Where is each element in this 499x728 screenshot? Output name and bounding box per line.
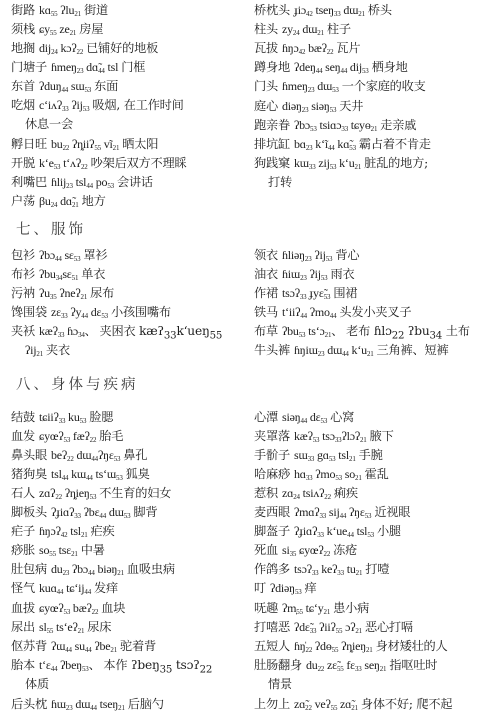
gloss-meaning: 打转 [268, 175, 292, 189]
ipa-transcription: ʔdɛ̃33 ʔiiʔ55 ɔʔ21 [294, 620, 362, 634]
section-heading-body-disease: 八、身体与疾病 [16, 373, 139, 394]
entry-line: 打嘻恶ʔdɛ̃33 ʔiiʔ55 ɔʔ21恶心打嗝 [254, 619, 413, 639]
entry-line: 柱头zy24 dɯ21柱子 [254, 21, 351, 41]
ipa-transcription: bu22 ʔȵiiʔ55 vĩ21 [51, 137, 119, 151]
ipa-transcription: zɛ33 ʔy44 dɛ53 [51, 305, 108, 319]
gloss-meaning: 血吸虫病 [127, 562, 175, 576]
entry-line: 麦西眼ʔmɑʔ33 sij44 ʔŋɛ53近视眼 [254, 504, 410, 524]
dialect-word: 后头枕 [11, 697, 47, 711]
entry-line: 门头ɦmeŋ23 dɯ53一个家庭的收支 [254, 78, 426, 98]
dialect-word: 户荡 [11, 194, 35, 208]
dialect-word: 上勿上 [254, 697, 290, 711]
entry-line: 油衣ɦiɯ23 ʔij53雨衣 [254, 266, 354, 286]
entry-line: 五短人ɦŋ̍22 ʔdɵ55 ʔȵieŋ21身材矮壮的人 [254, 638, 448, 658]
dialect-word: 怪气 [11, 581, 35, 595]
ipa-transcription: dij24 kɔʔ22 [39, 41, 83, 55]
gloss-meaning: 东面 [94, 79, 118, 93]
dialect-word: 包衫 [11, 248, 35, 262]
dialect-word: 痧胀 [11, 543, 35, 557]
entry-line: 疟子ɦŋɔʔ42 tsl21疟疾 [11, 523, 115, 543]
entry-line: 肚肠翻身du22 zɛ̃55 fɛ33 seŋ21指呕吐时 [254, 657, 437, 677]
entry-line: 怪气kuɑ44 tɕʻij44发痒 [11, 580, 118, 600]
ipa-transcription: tɕiiʔ33 ku53 [39, 410, 86, 424]
gloss-meaning: 痒 [305, 581, 317, 595]
ipa-transcription: ʔdiəŋ53 [270, 581, 302, 595]
dialect-word: 作鸽多 [254, 562, 290, 576]
entry-line: 痧胀so55 tsɛ21中暑 [11, 542, 105, 562]
section-heading-clothing: 七、服饰 [16, 218, 86, 239]
ipa-transcription: kʻe53 tʻʌʔ22 [39, 156, 88, 170]
dialect-word: 门塘子 [11, 60, 47, 74]
gloss-meaning: 街道 [84, 3, 108, 17]
dialect-word: 铁马 [254, 305, 278, 319]
dialect-word: 瓦拔 [254, 41, 278, 55]
dialect-word: 须栈 [11, 22, 35, 36]
ipa-transcription: zɑʔ22 ʔȵieŋ53 [39, 486, 96, 500]
gloss-meaning: 不生育的妇女 [99, 486, 171, 500]
dialect-word: 布衫 [11, 267, 35, 281]
ipa-transcription: zɑ̃22 veʔ55 zɑ̃21 [294, 697, 358, 711]
entry-line: 东首ʔduŋ44 sɯ53东面 [11, 78, 118, 98]
gloss-meaning: 小腿 [377, 524, 401, 538]
gloss-meaning: 吵架后双方不理睬 [91, 156, 187, 170]
entry-line: 血发ɕyœʔ53 fæʔ22胎毛 [11, 428, 123, 448]
gloss-meaning: 地方 [82, 194, 106, 208]
dialect-word: 门头 [254, 79, 278, 93]
entry-line: 蹲身地ʔdeŋ44 seŋ44 dij53栖身地 [254, 59, 408, 79]
ipa-transcription: kæʔ53 tsɔ33ʔlɔʔ21 [294, 429, 367, 443]
gloss-meaning: 手腕 [359, 448, 383, 462]
ipa-transcription: ʔm̩55 tɕʻy21 [282, 601, 330, 615]
dialect-word: 蹲身地 [254, 60, 290, 74]
entry-line: 心潭siəŋ44 dɛ53心窝 [254, 409, 354, 429]
dialect-word: 布草 [254, 324, 278, 338]
dialect-word: 肚肠翻身 [254, 658, 302, 672]
entry-line: 庭心diəŋ23 siəŋ53天井 [254, 98, 363, 118]
entry-line: 作鸽多tsɔʔ33 keʔ33 tu21打噎 [254, 561, 389, 581]
ipa-transcription: ɦiɯ23 ʔij53 [282, 267, 328, 281]
dialect-word: 脚板头 [11, 505, 47, 519]
dialect-word: 作裙 [254, 286, 278, 300]
dialect-word: 油衣 [254, 267, 278, 281]
entry-line: 脚盔子ʔɟiɑʔ33 kʻue44 tsl53小腿 [254, 523, 401, 543]
gloss-meaning: 驼着背 [120, 639, 156, 653]
ipa-transcription: ɦŋ̍22 ʔdɵ55 ʔȵieŋ21 [294, 639, 373, 653]
entry-line: 后头枕ɦɯ23 dɯ44 tseŋ21后脑勺 [11, 696, 164, 716]
entry-line: 桥枕头ɟiɔ42 tseŋ33 dɯ21桥头 [254, 2, 392, 22]
ipa-transcription: ɕyœʔ53 bæʔ22 [39, 601, 98, 615]
gloss-meaning: 发痒 [94, 581, 118, 595]
entry-line: 手骱子sɯ33 gɑ53 tsl21手腕 [254, 447, 383, 467]
dialect-word: 麦西眼 [254, 505, 290, 519]
entry-line: 鼻头眼beʔ22 dɯ44ʔŋɛ53鼻孔 [11, 447, 147, 467]
entry-line: 石人zɑʔ22 ʔȵieŋ53不生育的妇女 [11, 485, 171, 505]
gloss-meaning: 围裙 [333, 286, 357, 300]
dialect-word: 跑亲眷 [254, 118, 290, 132]
entry-line: 牛头裤ɦŋiɯ23 dɯ44 kʻu21三角裤、短裤 [254, 342, 448, 362]
ipa-transcription: sl55 tsʻeʔ21 [39, 620, 84, 634]
gloss-meaning: 晒太阳 [122, 137, 158, 151]
gloss-meaning: 天井 [339, 99, 363, 113]
dialect-word: 猪狗臭 [11, 467, 47, 481]
dialect-word: 吃烟 [11, 98, 35, 112]
dialect-word: 街路 [11, 3, 35, 17]
entry-line: 情景 [254, 676, 292, 692]
gloss-meaning: 栖身地 [372, 60, 408, 74]
entry-line: 瓦拔ɦŋɔ42 bæʔ22瓦片 [254, 40, 360, 60]
ipa-transcription: siəŋ44 dɛ53 [282, 410, 327, 424]
ipa-transcription: ʔbɔ53 tsiɑɔ33 tɕyɵ21 [294, 118, 377, 132]
entry-line: 门塘子ɦmeŋ23 dɑ̃44 tsl门框 [11, 59, 145, 79]
entry-line: 领衣ɦliəŋ23 ʔij53背心 [254, 247, 359, 267]
dialect-word: 惹积 [254, 486, 278, 500]
dialect-word: 叮 [254, 581, 266, 595]
entry-line: 地搁dij24 kɔʔ22已铺好的地板 [11, 40, 158, 60]
entry-line: 须栈ɕy55 ze21房屋 [11, 21, 103, 41]
dialect-word: 心潭 [254, 410, 278, 424]
dialect-word: 呒趣 [254, 601, 278, 615]
dialect-word: 污衲 [11, 286, 35, 300]
ipa-transcription: ɦŋiɯ23 dɯ44 kʻu21 [294, 343, 374, 357]
gloss-meaning: 房屋 [79, 22, 103, 36]
dialect-word: 狗践窠 [254, 156, 290, 170]
entry-line: 排坑缸bɑ23 kʻĩ44 kɑ̃53霸占着不肯走 [254, 136, 431, 156]
dialect-word: 夹袄 [11, 324, 35, 338]
ipa-transcription: tʻɛ44 ʔbeŋ53、 [39, 658, 100, 672]
gloss-meaning: 一个家庭的收支 [342, 79, 426, 93]
entry-line: 布衫ʔbu34sɛ51单衣 [11, 266, 105, 286]
ipa-transcription: ɦŋɔʔ42 tsl21 [39, 524, 88, 538]
gloss-meaning: 三角裤、短裤 [377, 343, 449, 357]
entry-line: 吃烟cʻiʌʔ33 ʔij53吸烟, 在工作时间 [11, 97, 184, 117]
entry-line: 开脱kʻe53 tʻʌʔ22吵架后双方不理睬 [11, 155, 187, 175]
ipa-transcription: cʻiʌʔ33 ʔij53 [39, 98, 89, 112]
entry-line: 跑亲眷ʔbɔ53 tsiɑɔ33 tɕyɵ21走亲戚 [254, 117, 416, 137]
gloss-meaning: 本作 ʔbeŋ35 tsɔʔ22 [103, 658, 212, 672]
ipa-transcription: si35 ɕyœʔ22 [282, 543, 330, 557]
gloss-meaning: 背心 [335, 248, 359, 262]
entry-line: 哈麻痧hɑ33 ʔmo53 so21霍乱 [254, 466, 389, 486]
gloss-meaning: 夹衣 [46, 343, 70, 357]
entry-line: 夹罩落kæʔ53 tsɔ33ʔlɔʔ21腋下 [254, 428, 394, 448]
gloss-meaning: 脚背 [133, 505, 157, 519]
entry-line: ʔij21夹衣 [11, 342, 70, 362]
dialect-word: 排坑缸 [254, 137, 290, 151]
gloss-meaning: 脏乱的地方; [364, 156, 428, 170]
ipa-transcription: kɯ33 zij53 kʻu21 [294, 156, 361, 170]
dialect-word: 脚盔子 [254, 524, 290, 538]
gloss-meaning: 胎毛 [99, 429, 123, 443]
ipa-transcription: ɦmeŋ23 dɑ̃44 tsl [51, 60, 118, 74]
entry-line: 呒趣ʔm̩55 tɕʻy21患小病 [254, 600, 369, 620]
dialect-word: 石人 [11, 486, 35, 500]
dialect-word: 地搁 [11, 41, 35, 55]
dialect-word: 夹罩落 [254, 429, 290, 443]
gloss-meaning: 瓦片 [336, 41, 360, 55]
gloss-meaning: 桥头 [368, 3, 392, 17]
ipa-transcription: ɦliəŋ23 ʔij53 [282, 248, 332, 262]
ipa-transcription: βu24 dɑ̃21 [39, 194, 79, 208]
ipa-transcription: sɯ33 gɑ53 tsl21 [294, 448, 356, 462]
ipa-transcription: ʔɯ44 su44 ʔbe21 [51, 639, 117, 653]
ipa-transcription: ʔbɔ44 sɛ53 [39, 248, 80, 262]
entry-line: 包衫ʔbɔ44 sɛ53罩衫 [11, 247, 107, 267]
gloss-meaning: 霍乱 [365, 467, 389, 481]
ipa-transcription: kæʔ33 ɦɔ34、 [39, 324, 97, 338]
gloss-meaning: 打噎 [365, 562, 389, 576]
gloss-meaning: 狐臭 [126, 467, 150, 481]
gloss-meaning: 头发小夹叉子 [339, 305, 411, 319]
gloss-meaning: 走亲戚 [380, 118, 416, 132]
dialect-word: 血发 [11, 429, 35, 443]
gloss-meaning: 后脑勺 [128, 697, 164, 711]
entry-line: 污衲ʔu35 ʔneʔ21尿布 [11, 285, 114, 305]
gloss-meaning: 痢疾 [334, 486, 358, 500]
gloss-meaning: 体质 [25, 677, 49, 691]
dialect-word: 死血 [254, 543, 278, 557]
gloss-meaning: 夹困衣 kæʔ33kʻueŋ55 [99, 324, 222, 338]
dialect-word: 鼻头眼 [11, 448, 47, 462]
gloss-meaning: 身材矮壮的人 [376, 639, 448, 653]
entry-line: 尿出sl55 tsʻeʔ21尿床 [11, 619, 111, 639]
entry-line: 肚包病du23 ʔbɔ44 biəŋ21血吸虫病 [11, 561, 175, 581]
gloss-meaning: 尿布 [90, 286, 114, 300]
entry-line: 街路kɑ55 ʔlu21街道 [11, 2, 108, 22]
gloss-meaning: 冻疮 [333, 543, 357, 557]
entry-line: 利嘴巴ɦlij23 tsl44 po53会讲话 [11, 174, 153, 194]
gloss-meaning: 雨衣 [330, 267, 354, 281]
ipa-transcription: du23 ʔbɔ44 biəŋ21 [51, 562, 124, 576]
dialect-word: 血拔 [11, 601, 35, 615]
dialect-word: 孵日旺 [11, 137, 47, 151]
ipa-transcription: ʔmɑʔ33 sij44 ʔŋɛ53 [294, 505, 371, 519]
gloss-meaning: 尿床 [87, 620, 111, 634]
ipa-transcription: ʔɟiɑʔ33 ʔbɛ44 dɯ53 [51, 505, 130, 519]
gloss-meaning: 罩衫 [83, 248, 107, 262]
ipa-transcription: tsɔʔ33 keʔ33 tu21 [294, 562, 362, 576]
entry-line: 血拔ɕyœʔ53 bæʔ22血块 [11, 600, 125, 620]
dialect-word: 打嘻恶 [254, 620, 290, 634]
entry-line: 馋围袋zɛ33 ʔy44 dɛ53小孩围嘴布 [11, 304, 171, 324]
ipa-transcription: so55 tsɛ21 [39, 543, 78, 557]
gloss-meaning: 门框 [121, 60, 145, 74]
dialect-word: 馋围袋 [11, 305, 47, 319]
ipa-transcription: kɑ55 ʔlu21 [39, 3, 81, 17]
ipa-transcription: ʔdeŋ44 seŋ44 dij53 [294, 60, 369, 74]
dialect-word: 胎本 [11, 658, 35, 672]
dialect-word: 肚包病 [11, 562, 47, 576]
dialect-word: 尿出 [11, 620, 35, 634]
dialect-word: 伛苏背 [11, 639, 47, 653]
gloss-meaning: 休息一会 [25, 117, 73, 131]
ipa-transcription: tsl44 kɯ44 tsʻɯ53 [51, 467, 123, 481]
dialect-word: 哈麻痧 [254, 467, 290, 481]
gloss-meaning: 恶心打嗝 [365, 620, 413, 634]
ipa-transcription: ʔbu53 tsʻɔ21、 [282, 324, 343, 338]
ipa-transcription: bɑ23 kʻĩ44 kɑ̃53 [294, 137, 356, 151]
dialect-word: 领衣 [254, 248, 278, 262]
gloss-meaning: 霸占着不肯走 [359, 137, 431, 151]
dialect-word: 疟子 [11, 524, 35, 538]
dialect-word: 牛头裤 [254, 343, 290, 357]
ipa-transcription: ʔbu34sɛ51 [39, 267, 78, 281]
ipa-transcription: ɦlij23 tsl44 po53 [51, 175, 114, 189]
dialect-word: 结鼓 [11, 410, 35, 424]
gloss-meaning: 小孩围嘴布 [111, 305, 171, 319]
ipa-transcription: du22 zɛ̃55 fɛ33 seŋ21 [306, 658, 386, 672]
gloss-meaning: 已铺好的地板 [86, 41, 158, 55]
gloss-meaning: 会讲话 [117, 175, 153, 189]
entry-line: 铁马tʻiiʔ44 ʔmo44头发小夹叉子 [254, 304, 411, 324]
dialect-word: 利嘴巴 [11, 175, 47, 189]
entry-line: 惹积zɑ24 tsiʌʔ22痢疾 [254, 485, 358, 505]
dialect-word: 开脱 [11, 156, 35, 170]
gloss-meaning: 疟疾 [91, 524, 115, 538]
ipa-transcription: ɟiɔ42 tseŋ33 dɯ21 [294, 3, 365, 17]
entry-line: 结鼓tɕiiʔ33 ku53脸腮 [11, 409, 113, 429]
gloss-meaning: 柱子 [327, 22, 351, 36]
gloss-meaning: 患小病 [333, 601, 369, 615]
gloss-meaning: 近视眼 [374, 505, 410, 519]
ipa-transcription: diəŋ23 siəŋ53 [282, 99, 336, 113]
gloss-meaning: 老布 ɦlɔ22 ʔbu34 土布 [346, 324, 470, 338]
ipa-transcription: hɑ33 ʔmo53 so21 [294, 467, 362, 481]
ipa-transcription: tʻiiʔ44 ʔmo44 [282, 305, 336, 319]
gloss-meaning: 心窝 [330, 410, 354, 424]
entry-line: 伛苏背ʔɯ44 su44 ʔbe21驼着背 [11, 638, 156, 658]
ipa-transcription: ɦŋɔ42 bæʔ22 [282, 41, 333, 55]
gloss-meaning: 血块 [101, 601, 125, 615]
ipa-transcription: ʔɟiɑʔ33 kʻue44 tsl53 [294, 524, 374, 538]
ipa-transcription: beʔ22 dɯ44ʔŋɛ53 [51, 448, 120, 462]
gloss-meaning: 脸腮 [89, 410, 113, 424]
gloss-meaning: 指呕吐时 [389, 658, 437, 672]
ipa-transcription: kuɑ44 tɕʻij44 [39, 581, 91, 595]
dialect-word: 庭心 [254, 99, 278, 113]
gloss-meaning: 情景 [268, 677, 292, 691]
entry-line: 死血si35 ɕyœʔ22冻疮 [254, 542, 357, 562]
dialect-word: 手骱子 [254, 448, 290, 462]
dialect-word: 桥枕头 [254, 3, 290, 17]
entry-line: 体质 [11, 676, 49, 692]
ipa-transcription: ɕyœʔ53 fæʔ22 [39, 429, 96, 443]
ipa-transcription: zy24 dɯ21 [282, 22, 324, 36]
entry-line: 叮ʔdiəŋ53痒 [254, 580, 317, 600]
entry-line: 户荡βu24 dɑ̃21地方 [11, 193, 106, 213]
gloss-meaning: 鼻孔 [123, 448, 147, 462]
gloss-meaning: 身体不好; 爬不起 [361, 697, 453, 711]
entry-line: 狗践窠kɯ33 zij53 kʻu21脏乱的地方; [254, 155, 428, 175]
ipa-transcription: ʔij21 [25, 343, 43, 357]
gloss-meaning: 中暑 [81, 543, 105, 557]
ipa-transcription: ʔduŋ44 sɯ53 [39, 79, 91, 93]
entry-line: 孵日旺bu22 ʔȵiiʔ55 vĩ21晒太阳 [11, 136, 158, 156]
dialect-word: 柱头 [254, 22, 278, 36]
gloss-meaning: 单衣 [81, 267, 105, 281]
entry-line: 打转 [254, 174, 292, 190]
entry-line: 作裙tsɔʔ33 ɟyɛ̃53围裙 [254, 285, 357, 305]
entry-line: 上勿上zɑ̃22 veʔ55 zɑ̃21身体不好; 爬不起 [254, 696, 452, 716]
dialect-word: 五短人 [254, 639, 290, 653]
dialect-word: 东首 [11, 79, 35, 93]
gloss-meaning: 吸烟, 在工作时间 [92, 98, 183, 112]
ipa-transcription: tsɔʔ33 ɟyɛ̃53 [282, 286, 330, 300]
gloss-meaning: 腋下 [370, 429, 394, 443]
ipa-transcription: ɦɯ23 dɯ44 tseŋ21 [51, 697, 125, 711]
entry-line: 休息一会 [11, 116, 73, 132]
ipa-transcription: ɕy55 ze21 [39, 22, 76, 36]
entry-line: 猪狗臭tsl44 kɯ44 tsʻɯ53狐臭 [11, 466, 150, 486]
ipa-transcription: ɦmeŋ23 dɯ53 [282, 79, 339, 93]
ipa-transcription: zɑ24 tsiʌʔ22 [282, 486, 331, 500]
ipa-transcription: ʔu35 ʔneʔ21 [39, 286, 87, 300]
entry-line: 脚板头ʔɟiɑʔ33 ʔbɛ44 dɯ53脚背 [11, 504, 157, 524]
